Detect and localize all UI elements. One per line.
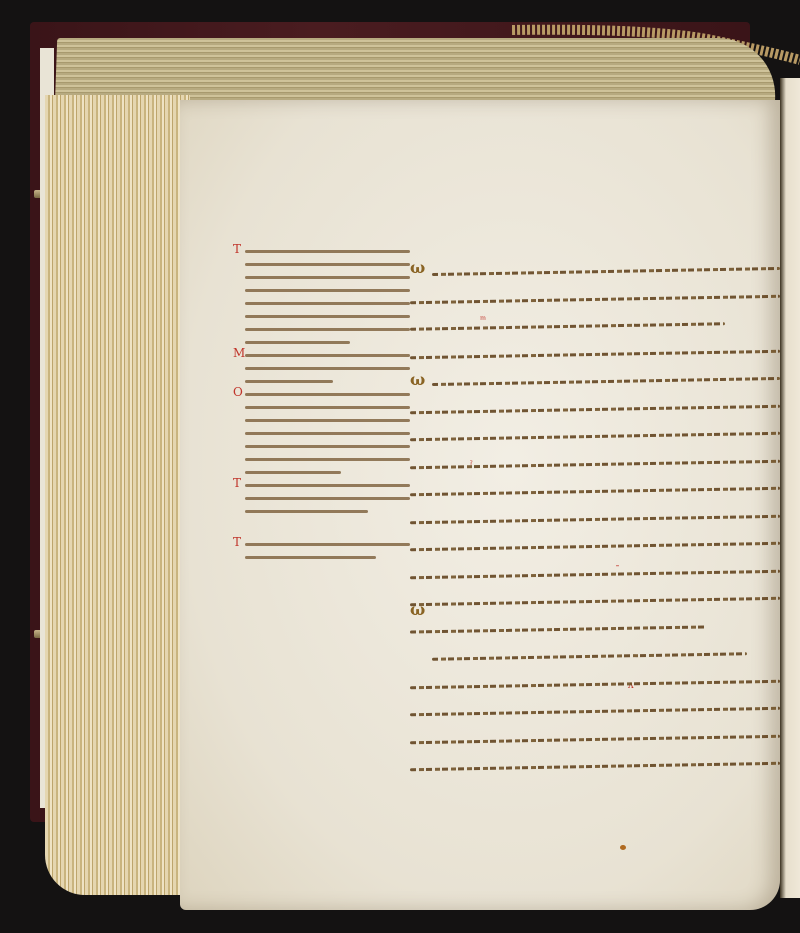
ink-stain xyxy=(620,845,626,850)
rubric-initial: Τ xyxy=(233,242,241,256)
facing-page-gutter xyxy=(780,78,800,898)
page-block-fore-edge xyxy=(45,95,190,895)
scholion-block: Μ xyxy=(235,354,410,383)
scholion-block: Τ xyxy=(235,543,410,559)
main-text-column: ω ω ω ᵐ ˀ ˉ ʌ xyxy=(410,270,780,793)
rubric-initial: Τ xyxy=(233,535,241,549)
decorated-initial: ω xyxy=(410,370,425,389)
scholion-block: Ο xyxy=(235,393,410,474)
rubric-mark: ᵐ xyxy=(480,315,486,326)
scholion-block: Τ xyxy=(235,250,410,344)
manuscript-photo: Τ Μ Ο Τ Τ ω ω ω ᵐ ˀ ˉ ʌ xyxy=(0,0,800,933)
marginal-scholia: Τ Μ Ο Τ Τ xyxy=(235,250,410,569)
rubric-initial: Τ xyxy=(233,476,241,490)
decorated-initial: ω xyxy=(410,258,425,277)
rubric-initial: Ο xyxy=(233,385,243,399)
scholion-block: Τ xyxy=(235,484,410,513)
rubric-initial: Μ xyxy=(233,346,245,360)
